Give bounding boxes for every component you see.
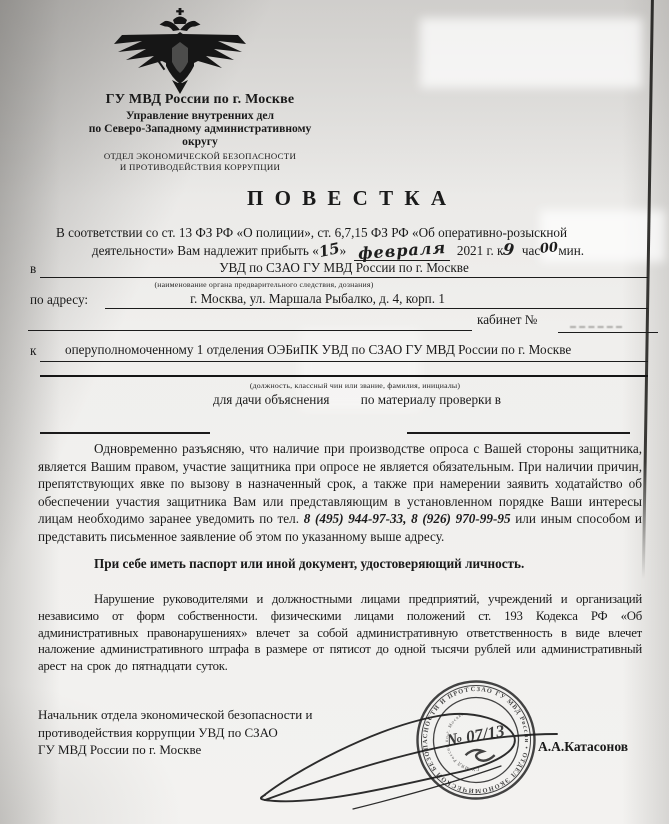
intro-year: 2021 г. к: [457, 243, 504, 258]
blank-line-right: [407, 432, 630, 434]
org-name-line3: по Северо-Западному административному: [20, 122, 380, 135]
officer-field-line: [40, 361, 648, 362]
purpose-row: для дачи объяснения по материалу проверк…: [213, 391, 501, 409]
address-field-label: по адресу:: [30, 291, 88, 309]
cabinet-faint-pencil-mark: [570, 318, 622, 328]
intro-line2-pre: деятельности» Вам надлежит прибыть «: [92, 243, 319, 258]
address-field-value: г. Москва, ул. Маршала Рыбалко, д. 4, ко…: [105, 290, 530, 308]
dept-name-line1: ОТДЕЛ ЭКОНОМИЧЕСКОЙ БЕЗОПАСНОСТИ: [20, 151, 380, 161]
mvd-eagle-emblem: [112, 8, 248, 94]
officer-field-value: оперуполномоченному 1 отделения ОЭБиПК У…: [65, 341, 571, 359]
scan-fold-line: [642, 0, 654, 579]
phone-numbers: 8 (495) 944-97-33, 8 (926) 970-99-95: [304, 511, 511, 526]
org-name-line2: Управление внутренних дел: [20, 109, 380, 122]
officer-field-caption: (должность, классный чин или звание, фам…: [135, 381, 575, 390]
address-field-line: [105, 308, 648, 309]
hour-label: час: [522, 243, 540, 258]
purpose-text-2: по материалу проверки в: [361, 392, 501, 407]
scan-artifact: [420, 18, 642, 88]
signature-stroke-lower: [353, 766, 501, 809]
scanned-summons-document: ГУ МВД России по г. Москве Управление вн…: [0, 0, 669, 824]
agency-field-label: в: [30, 260, 36, 278]
rights-paragraph: Одновременно разъясняю, что наличие при …: [38, 440, 642, 546]
agency-field-line: [40, 277, 648, 278]
org-name-line4: округу: [20, 135, 380, 148]
purpose-text-1: для дачи объяснения: [213, 392, 329, 407]
minute-label: мин.: [558, 243, 584, 258]
document-title: П О В Е С Т К А: [28, 186, 668, 211]
passport-notice: При себе иметь паспорт или иной документ…: [38, 555, 642, 573]
agency-field-value: УВД по СЗАО ГУ МВД России по г. Москве: [40, 259, 648, 277]
org-name-line1: ГУ МВД России по г. Москве: [20, 92, 380, 108]
cabinet-blank-line: [558, 332, 658, 333]
handwritten-minute: 00: [539, 239, 559, 258]
handwritten-month-blank: февраля: [354, 241, 450, 261]
dept-name-line2: И ПРОТИВОДЕЙСТВИЯ КОРРУПЦИИ: [20, 162, 380, 172]
cabinet-label: кабинет №: [477, 311, 537, 329]
intro-line1: В соответствии со ст. 13 ФЗ РФ «О полици…: [56, 224, 567, 242]
handwritten-hour: 9: [503, 240, 516, 259]
officer-field-label: к: [30, 342, 36, 360]
agency-field-caption: (наименование органа предварительного сл…: [80, 280, 448, 289]
blank-line-left: [40, 432, 210, 434]
signature: [235, 688, 575, 820]
liability-paragraph: Нарушение руководителями и должностными …: [38, 591, 642, 675]
cabinet-row-blank-line: [28, 330, 472, 331]
intro-line2: деятельности» Вам надлежит прибыть «15» …: [28, 241, 648, 261]
officer-second-blank-line: [40, 375, 648, 377]
